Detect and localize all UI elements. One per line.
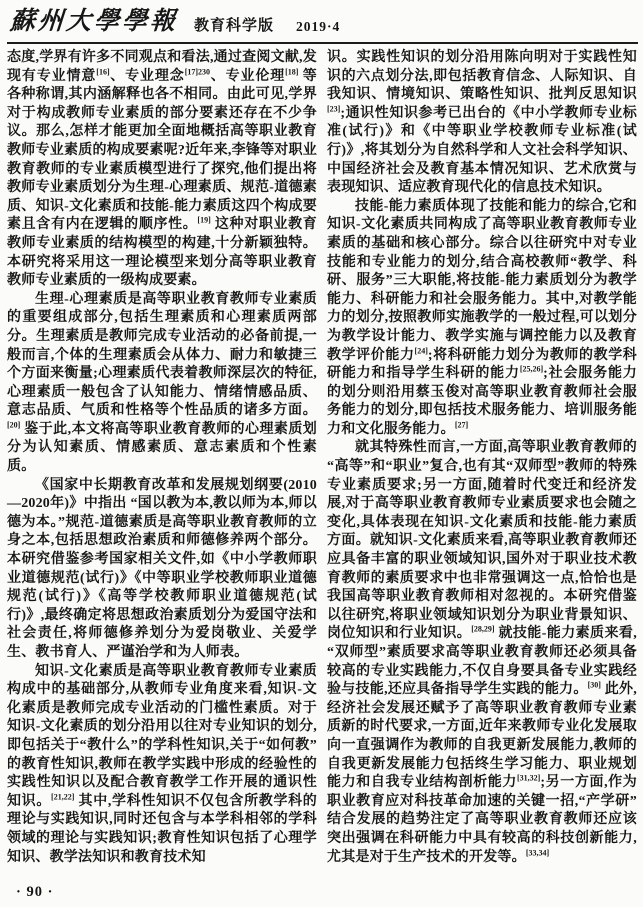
citation-superscript: [19] [197,216,210,225]
citation-superscript: [33,34] [526,848,549,857]
citation-superscript: [24] [415,346,428,355]
citation-superscript: [25,26] [520,364,543,373]
article-body: 态度,学界有许多不同观点和看法,通过查阅文献,发现有专业情意[16]、专业理念[… [7,49,638,867]
journal-logo: 蘇州大學學報 [9,9,179,35]
paragraph: 生理-心理素质是高等职业教育教师专业素质的重要组成部分,包括生理素质和心理素质两… [7,291,317,477]
issue-label: 2019·4 [296,19,340,35]
paragraph: 知识-文化素质是高等职业教育教师专业素质构成中的基础部分,从教师专业角度来看,知… [7,663,317,868]
citation-superscript: [18] [285,67,298,76]
citation-superscript: [30] [588,681,601,690]
citation-superscript: [27] [455,420,468,429]
citation-superscript: [20] [7,420,20,429]
citation-superscript: [16] [96,67,109,76]
column-right: 识。实践性知识的划分沿用陈向明对于实践性知识的六点划分法,即包括教育信念、人际知… [327,49,637,867]
paragraph: 技能-能力素质体现了技能和能力的综合,它和知识-文化素质共同构成了高等职业教育教… [327,198,637,440]
page-header: 蘇州大學學報 教育科学版 2019·4 [7,7,638,44]
paragraph: 《国家中长期教育改革和发展规划纲要(2010—2020年)》中指出 “国以教为本… [7,477,317,663]
citation-superscript: [28,29] [471,625,494,634]
paragraph: 态度,学界有许多不同观点和看法,通过查阅文献,发现有专业情意[16]、专业理念[… [7,49,317,291]
citation-superscript: [23] [327,104,340,113]
paragraph: 识。实践性知识的划分沿用陈向明对于实践性知识的六点划分法,即包括教育信念、人际知… [327,49,637,198]
citation-superscript: [31,32] [517,774,540,783]
edition-label: 教育科学版 [194,18,274,35]
paragraph: 就其特殊性而言,一方面,高等职业教育教师的“高等”和“职业”复合,也有其“双师型… [327,439,637,867]
citation-superscript: [17]230 [185,67,210,76]
column-left: 态度,学界有许多不同观点和看法,通过查阅文献,发现有专业情意[16]、专业理念[… [7,49,317,867]
journal-page: 蘇州大學學報 教育科学版 2019·4 态度,学界有许多不同观点和看法,通过查阅… [0,0,643,907]
citation-superscript: [21,22] [51,792,74,801]
page-number: · 90 · [16,884,53,901]
